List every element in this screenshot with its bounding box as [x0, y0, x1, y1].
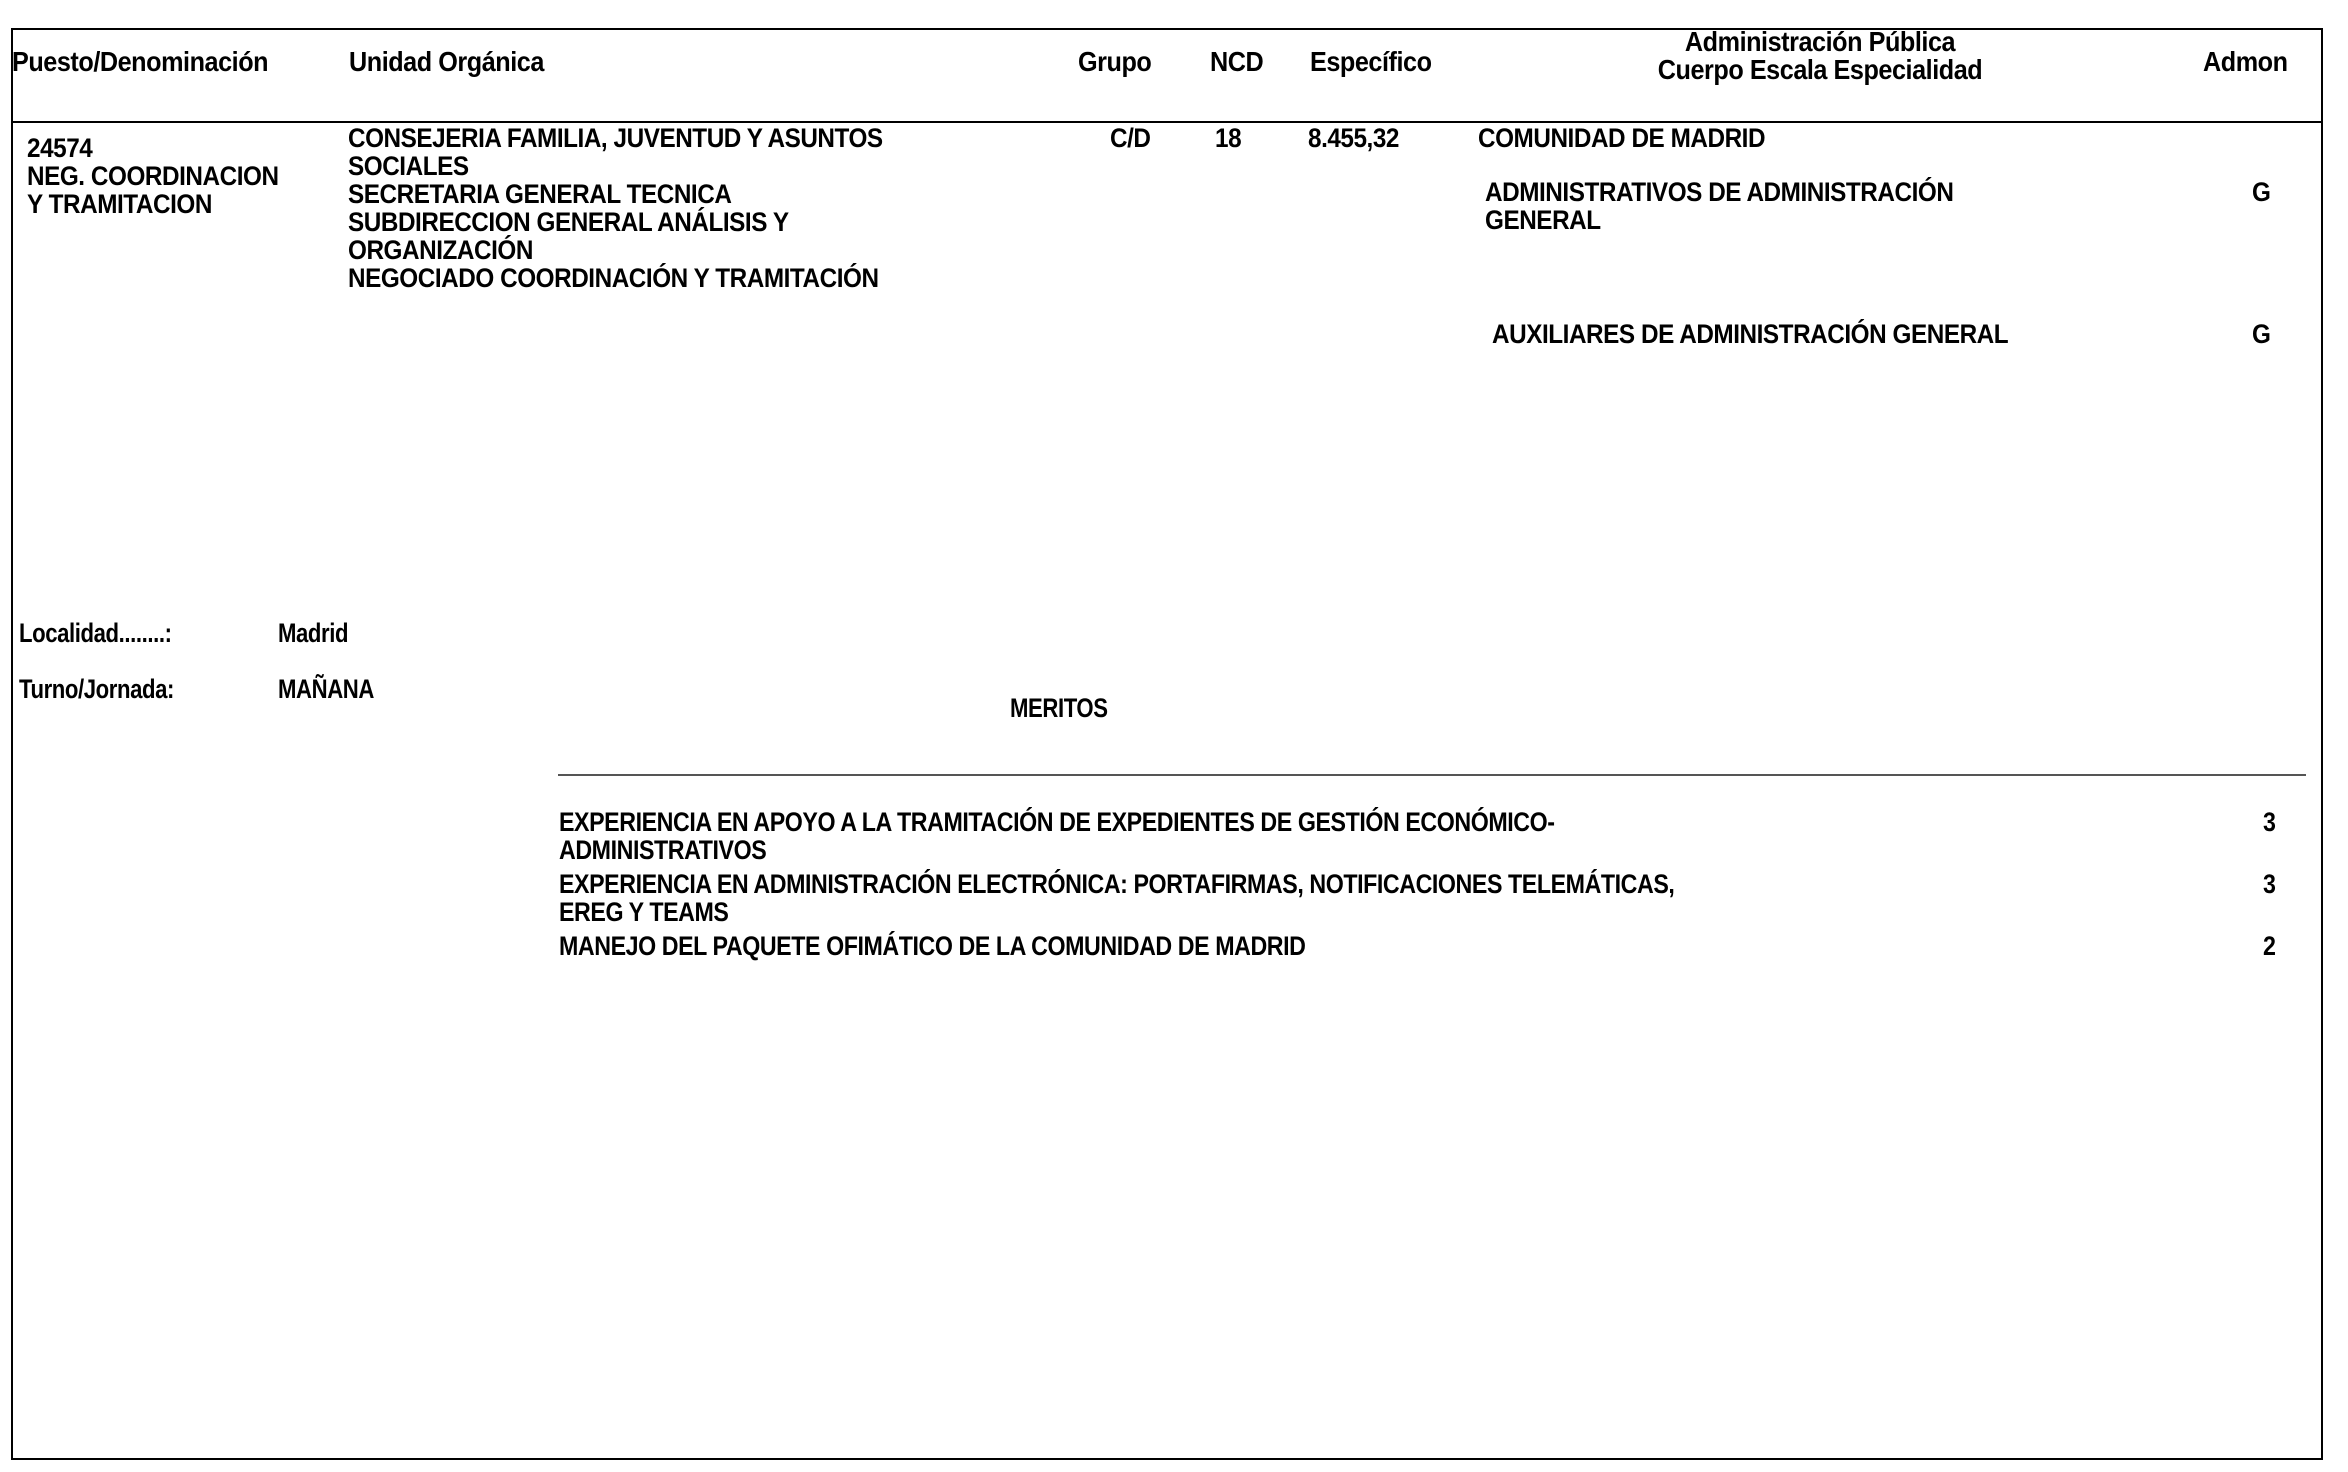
especifico-value: 8.455,32 — [1308, 124, 1399, 152]
unidad-line: SECRETARIA GENERAL TECNICA — [348, 180, 883, 208]
unidad-cell: CONSEJERIA FAMILIA, JUVENTUD Y ASUNTOS S… — [348, 124, 883, 292]
cuerpo-2: AUXILIARES DE ADMINISTRACIÓN GENERAL — [1492, 320, 2008, 348]
cuerpo-1-admon: G — [2252, 178, 2270, 206]
unidad-line: ORGANIZACIÓN — [348, 236, 883, 264]
merito-score: 3 — [2263, 870, 2275, 898]
unidad-line: SOCIALES — [348, 152, 883, 180]
meritos-divider — [558, 774, 2306, 776]
unidad-line: NEGOCIADO COORDINACIÓN Y TRAMITACIÓN — [348, 264, 883, 292]
cuerpo-line: GENERAL — [1485, 206, 1953, 234]
merito-line: EXPERIENCIA EN ADMINISTRACIÓN ELECTRÓNIC… — [559, 870, 1674, 898]
header-admin-line1: Administración Pública — [1586, 28, 2054, 56]
merito-line: MANEJO DEL PAQUETE OFIMÁTICO DE LA COMUN… — [559, 932, 1305, 960]
merito-item: EXPERIENCIA EN APOYO A LA TRAMITACIÓN DE… — [559, 808, 1555, 864]
cuerpo-line: AUXILIARES DE ADMINISTRACIÓN GENERAL — [1492, 320, 2008, 348]
grupo-value: C/D — [1110, 124, 1151, 152]
unidad-line: CONSEJERIA FAMILIA, JUVENTUD Y ASUNTOS — [348, 124, 883, 152]
merito-score: 3 — [2263, 808, 2275, 836]
puesto-codigo: 24574 — [27, 134, 279, 162]
localidad-value: Madrid — [278, 619, 348, 647]
cuerpo-line: ADMINISTRATIVOS DE ADMINISTRACIÓN — [1485, 178, 1953, 206]
header-puesto: Puesto/Denominación — [12, 48, 268, 76]
turno-label: Turno/Jornada: — [19, 675, 174, 703]
turno-value: MAÑANA — [278, 675, 374, 703]
ncd-value: 18 — [1215, 124, 1241, 152]
header-admin-line2: Cuerpo Escala Especialidad — [1586, 56, 2054, 84]
header-grupo: Grupo — [1078, 48, 1151, 76]
merito-line: ADMINISTRATIVOS — [559, 836, 1555, 864]
header-unidad: Unidad Orgánica — [349, 48, 544, 76]
merito-item: EXPERIENCIA EN ADMINISTRACIÓN ELECTRÓNIC… — [559, 870, 1674, 926]
header-especifico: Específico — [1310, 48, 1432, 76]
localidad-label: Localidad........: — [19, 619, 172, 647]
merito-line: EXPERIENCIA EN APOYO A LA TRAMITACIÓN DE… — [559, 808, 1555, 836]
merito-item: MANEJO DEL PAQUETE OFIMÁTICO DE LA COMUN… — [559, 932, 1305, 960]
puesto-denominacion-1: NEG. COORDINACION — [27, 162, 279, 190]
header-ncd: NCD — [1210, 48, 1263, 76]
puesto-cell: 24574 NEG. COORDINACION Y TRAMITACION — [27, 134, 279, 218]
administracion-value: COMUNIDAD DE MADRID — [1478, 124, 1765, 152]
merito-score: 2 — [2263, 932, 2275, 960]
puesto-denominacion-2: Y TRAMITACION — [27, 190, 279, 218]
cuerpo-2-admon: G — [2252, 320, 2270, 348]
unidad-line: SUBDIRECCION GENERAL ANÁLISIS Y — [348, 208, 883, 236]
header-admon: Admon — [2203, 48, 2288, 76]
merito-line: EREG Y TEAMS — [559, 898, 1674, 926]
cuerpo-1: ADMINISTRATIVOS DE ADMINISTRACIÓN GENERA… — [1485, 178, 1953, 234]
meritos-title: MERITOS — [1010, 694, 1108, 722]
